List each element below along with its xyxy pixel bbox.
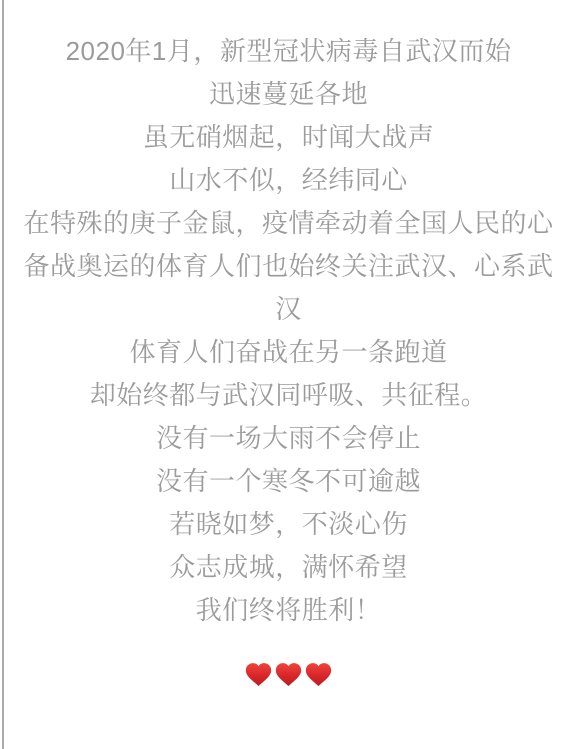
poem-line: 虽无硝烟起，时闻大战声 — [0, 116, 577, 159]
poem-line: 汉 — [0, 288, 577, 331]
hearts-row — [0, 661, 577, 687]
poem-line: 2020年1月，新型冠状病毒自武汉而始 — [0, 30, 577, 73]
poem-line: 却始终都与武汉同呼吸、共征程。 — [0, 374, 577, 417]
poem: 2020年1月，新型冠状病毒自武汉而始 迅速蔓延各地 虽无硝烟起，时闻大战声 山… — [0, 0, 577, 632]
poem-line: 备战奥运的体育人们也始终关注武汉、心系武 — [0, 245, 577, 288]
poem-line: 迅速蔓延各地 — [0, 73, 577, 116]
poem-line: 我们终将胜利！ — [0, 589, 577, 632]
poem-line: 体育人们奋战在另一条跑道 — [0, 331, 577, 374]
red-heart-icon — [275, 662, 302, 687]
poem-line: 若晓如梦，不淡心伤 — [0, 503, 577, 546]
poem-line: 在特殊的庚子金鼠，疫情牵动着全国人民的心 — [0, 202, 577, 245]
poem-line: 众志成城，满怀希望 — [0, 546, 577, 589]
poem-line: 没有一个寒冬不可逾越 — [0, 460, 577, 503]
red-heart-icon — [245, 662, 272, 687]
left-edge-rule — [2, 0, 4, 749]
red-heart-icon — [305, 662, 332, 687]
poem-line: 山水不似，经纬同心 — [0, 159, 577, 202]
poem-line: 没有一场大雨不会停止 — [0, 417, 577, 460]
